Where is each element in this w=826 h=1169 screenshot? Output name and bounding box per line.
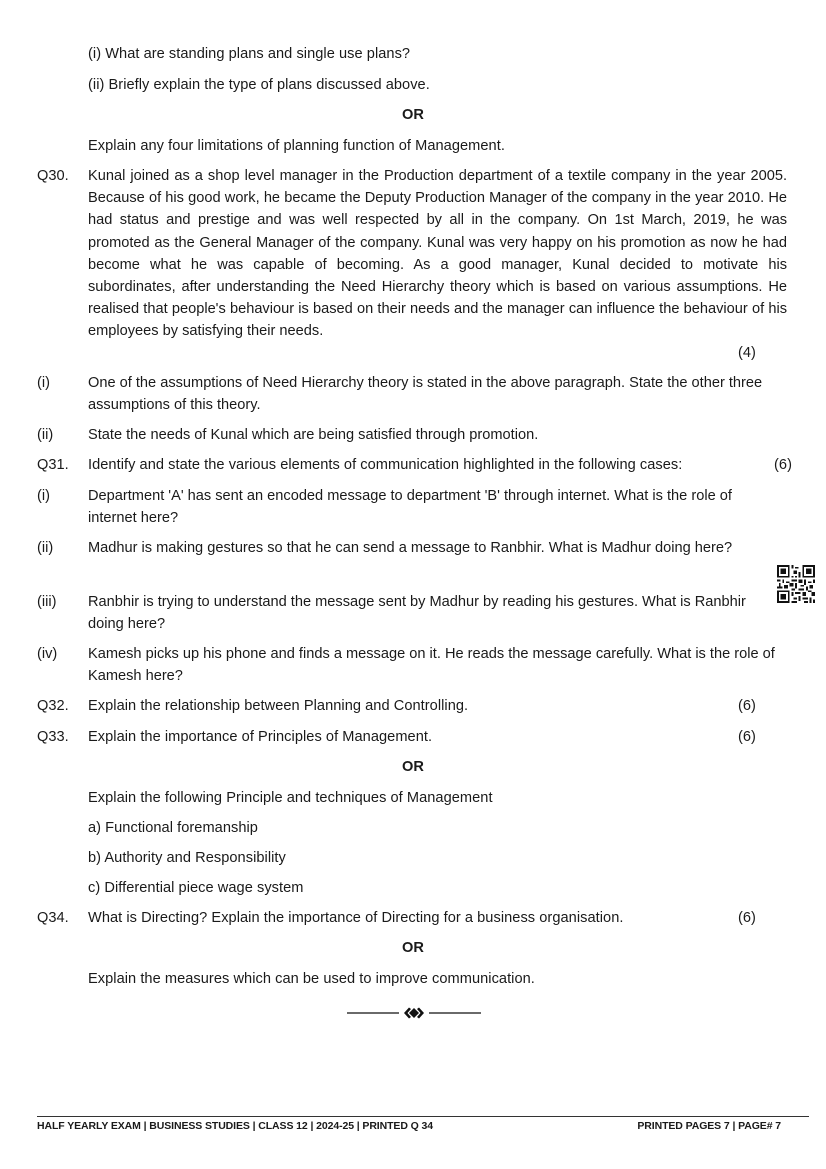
q33-text: Explain the importance of Principles of … [88,726,432,748]
q34-or: OR [0,937,826,959]
q33-alternative: Explain the following Principle and tech… [88,787,493,809]
q33-number: Q33. [37,726,69,748]
q30-number: Q30. [37,165,69,187]
q34-alternative: Explain the measures which can be used t… [88,968,535,990]
q30-marks: (4) [738,342,756,364]
q31-sub-ii-label: (ii) [37,537,53,559]
q31-text: Identify and state the various elements … [88,454,682,476]
q31-number: Q31. [37,454,69,476]
q34-number: Q34. [37,907,69,929]
exam-page: (i) What are standing plans and single u… [0,0,826,1169]
footer-rule [37,1116,809,1117]
q29-sub-ii: (ii) Briefly explain the type of plans d… [88,74,430,96]
q32-marks: (6) [738,695,756,717]
q33-alt-item-c: c) Differential piece wage system [88,877,304,899]
q33-marks: (6) [738,726,756,748]
q29-or: OR [0,104,826,126]
q29-alternative: Explain any four limitations of planning… [88,135,505,157]
footer-page-info: PRINTED PAGES 7 | PAGE# 7 [637,1118,781,1134]
q30-sub-ii-text: State the needs of Kunal which are being… [88,424,787,446]
q30-text: Kunal joined as a shop level manager in … [88,165,787,343]
end-of-paper-ornament-icon [347,1004,481,1022]
qr-code-icon [777,565,815,603]
q31-sub-iv-label: (iv) [37,643,57,665]
q31-sub-iv-text: Kamesh picks up his phone and finds a me… [88,643,778,687]
q32-number: Q32. [37,695,69,717]
q30-sub-i-label: (i) [37,372,50,394]
q31-sub-iii-label: (iii) [37,591,56,613]
q31-marks: (6) [774,454,792,476]
q33-alt-item-a: a) Functional foremanship [88,817,258,839]
q34-text: What is Directing? Explain the importanc… [88,907,623,929]
q31-sub-i-label: (i) [37,485,50,507]
q33-alt-item-b: b) Authority and Responsibility [88,847,286,869]
q32-text: Explain the relationship between Plannin… [88,695,468,717]
q29-sub-i: (i) What are standing plans and single u… [88,43,410,65]
footer-exam-info: HALF YEARLY EXAM | BUSINESS STUDIES | CL… [37,1118,433,1134]
q30-sub-i-text: One of the assumptions of Need Hierarchy… [88,372,787,416]
q31-sub-iii-text: Ranbhir is trying to understand the mess… [88,591,778,635]
q30-sub-ii-label: (ii) [37,424,53,446]
q34-marks: (6) [738,907,756,929]
q33-or: OR [0,756,826,778]
q31-sub-ii-text: Madhur is making gestures so that he can… [88,537,778,559]
q31-sub-i-text: Department 'A' has sent an encoded messa… [88,485,778,529]
